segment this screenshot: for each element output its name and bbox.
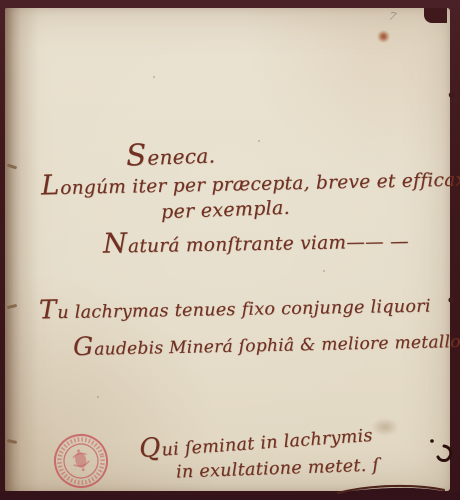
manuscript-page: 7 Seneca. Longúm iter per præcepta, brev… bbox=[5, 8, 450, 491]
foxing-speck bbox=[97, 396, 99, 398]
maxim-line-3: Naturá monſtrante viam—— — bbox=[103, 225, 409, 258]
distich-line-1: Tu lachrymas tenues fixo conjunge liquor… bbox=[39, 292, 431, 325]
foxing-speck bbox=[323, 270, 325, 272]
binding-stitch bbox=[7, 164, 17, 170]
book-binding-edge bbox=[5, 8, 21, 491]
pencil-mark: 7 bbox=[388, 9, 398, 23]
ink-stain bbox=[377, 30, 390, 43]
foxing-speck bbox=[153, 76, 155, 78]
manuscript-photo: 7 Seneca. Longúm iter per præcepta, brev… bbox=[0, 0, 460, 500]
library-stamp-icon bbox=[46, 426, 116, 496]
psalm-line-2: in exultatione metet. ſ bbox=[176, 455, 380, 482]
smudge-stain bbox=[371, 418, 399, 436]
maxim-line-1: Longúm iter per præcepta, breve et effic… bbox=[41, 164, 460, 200]
binding-stitch bbox=[7, 304, 17, 309]
binding-stitch bbox=[7, 439, 17, 444]
foxing-speck bbox=[258, 140, 260, 142]
distich-line-2: Gaudebis Minerá ſophiâ & meliore metallo… bbox=[73, 326, 460, 360]
maxim-line-2: per exempla. bbox=[161, 197, 291, 223]
attribution-line: Seneca. bbox=[126, 138, 216, 171]
corner-notch bbox=[424, 8, 447, 23]
